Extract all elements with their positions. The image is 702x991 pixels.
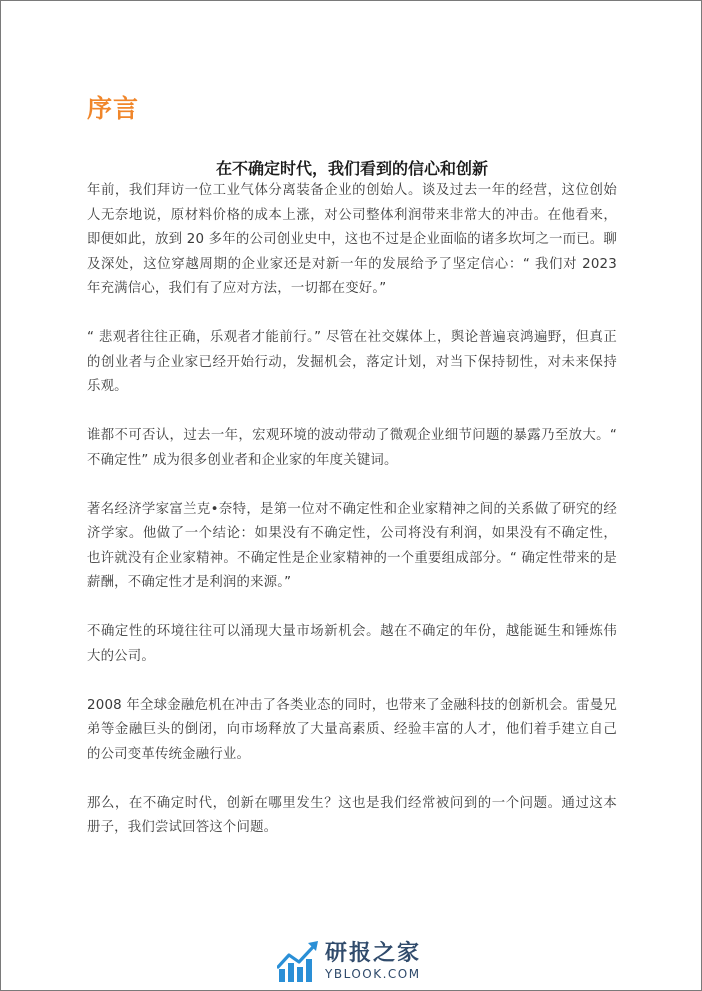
paragraph: 著名经济学家富兰克•奈特，是第一位对不确定性和企业家精神之间的关系做了研究的经济… [87, 498, 617, 596]
paragraph: 年前，我们拜访一位工业气体分离装备企业的创始人。谈及过去一年的经营，这位创始人无… [87, 179, 617, 302]
subtitle: 在不确定时代，我们看到的信心和创新 [1, 156, 702, 179]
paragraph: 谁都不可否认，过去一年，宏观环境的波动带动了微观企业细节问题的暴露乃至放大。“ … [87, 424, 617, 473]
logo-chinese-text: 研报之家 [325, 943, 421, 965]
paragraph: 2008 年全球金融危机在冲击了各类业态的同时，也带来了金融科技的创新机会。雷曼… [87, 694, 617, 768]
section-title: 序言 [87, 89, 139, 125]
logo-english-text: YBLOOK.COM [325, 968, 421, 980]
body-text: 年前，我们拜访一位工业气体分离装备企业的创始人。谈及过去一年的经营，这位创始人无… [87, 179, 617, 865]
rising-bar-chart-icon [277, 939, 319, 983]
footer-logo: 研报之家 YBLOOK.COM [277, 939, 421, 983]
paragraph: 不确定性的环境往往可以涌现大量市场新机会。越在不确定的年份，越能诞生和锤炼伟大的… [87, 620, 617, 669]
paragraph: 那么，在不确定时代，创新在哪里发生？这也是我们经常被问到的一个问题。通过这本册子… [87, 792, 617, 841]
paragraph: “ 悲观者往往正确，乐观者才能前行。” 尽管在社交媒体上，舆论普遍哀鸿遍野，但真… [87, 326, 617, 400]
document-page: 序言 在不确定时代，我们看到的信心和创新 年前，我们拜访一位工业气体分离装备企业… [0, 0, 702, 991]
